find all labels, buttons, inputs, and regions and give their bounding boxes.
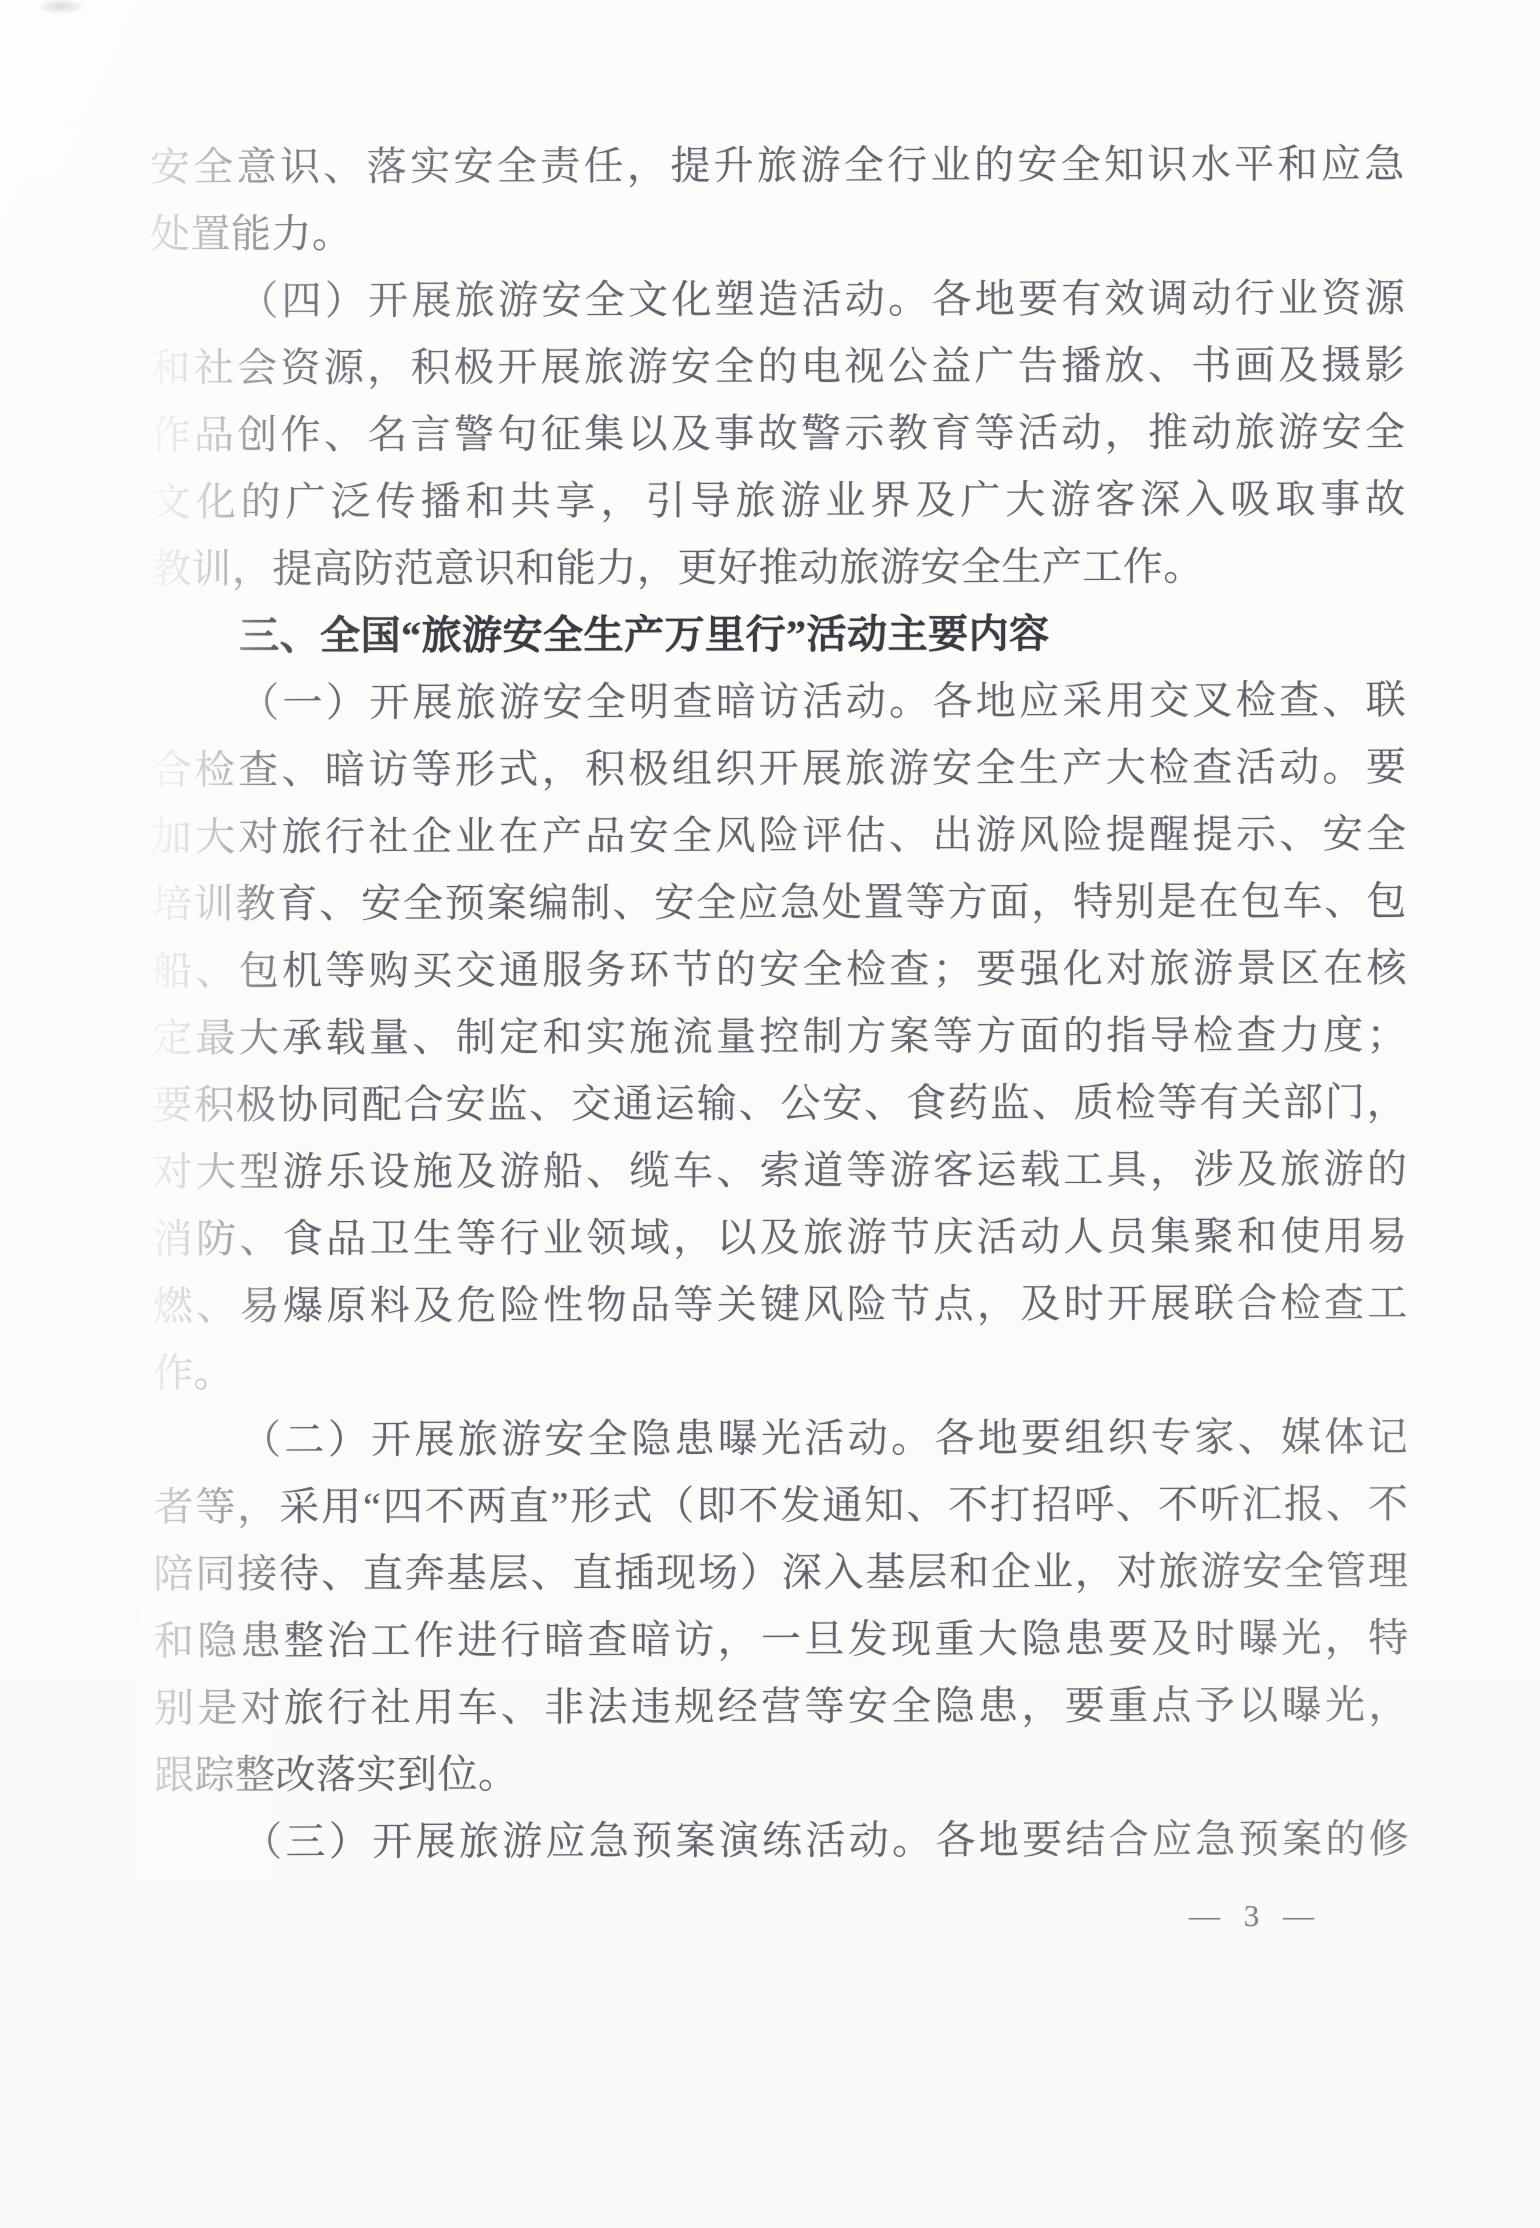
scan-smudge-artifact bbox=[40, 0, 82, 13]
text-line: 合检查、暗访等形式，积极组织开展旅游安全生产大检查活动。要 bbox=[151, 733, 1406, 803]
text-line: 者等，采用“四不两直”形式（即不发通知、不打招呼、不听汇报、不 bbox=[153, 1470, 1408, 1540]
section-heading: 三、全国“旅游安全生产万里行”活动主要内容 bbox=[151, 599, 1406, 669]
page-number: — 3 — bbox=[1189, 1898, 1322, 1934]
text-line: 加大对旅行社企业在产品安全风险评估、出游风险提醒提示、安全 bbox=[151, 800, 1406, 870]
text-line: 培训教育、安全预案编制、安全应急处置等方面，特别是在包车、包 bbox=[152, 867, 1407, 937]
text-line: 船、包机等购买交通服务环节的安全检查；要强化对旅游景区在核 bbox=[152, 934, 1407, 1004]
text-line: 要积极协同配合安监、交通运输、公安、食药监、质检等有关部门， bbox=[152, 1068, 1407, 1138]
document-body: 安全意识、落实安全责任，提升旅游全行业的安全知识水平和应急处置能力。（四）开展旅… bbox=[150, 130, 1410, 1875]
text-line: 教训，提高防范意识和能力，更好推动旅游安全生产工作。 bbox=[151, 532, 1406, 602]
text-line: 安全意识、落实安全责任，提升旅游全行业的安全知识水平和应急 bbox=[150, 130, 1405, 200]
text-line: 消防、食品卫生等行业领域，以及旅游节庆活动人员集聚和使用易 bbox=[153, 1202, 1408, 1272]
text-line: 和隐患整治工作进行暗查暗访，一旦发现重大隐患要及时曝光，特 bbox=[154, 1604, 1409, 1674]
text-line: 作。 bbox=[153, 1336, 1408, 1406]
text-line: 陪同接待、直奔基层、直插现场）深入基层和企业，对旅游安全管理 bbox=[153, 1537, 1408, 1607]
text-line: （二）开展旅游安全隐患曝光活动。各地要组织专家、媒体记 bbox=[153, 1403, 1408, 1473]
text-line: 文化的广泛传播和共享，引导旅游业界及广大游客深入吸取事故 bbox=[151, 465, 1406, 535]
text-line: 跟踪整改落实到位。 bbox=[154, 1738, 1409, 1808]
text-line: 定最大承载量、制定和实施流量控制方案等方面的指导检查力度； bbox=[152, 1001, 1407, 1071]
text-line: 对大型游乐设施及游船、缆车、索道等游客运载工具，涉及旅游的 bbox=[152, 1135, 1407, 1205]
document-page: 安全意识、落实安全责任，提升旅游全行业的安全知识水平和应急处置能力。（四）开展旅… bbox=[0, 0, 1540, 2228]
text-line: （三）开展旅游应急预案演练活动。各地要结合应急预案的修 bbox=[154, 1805, 1409, 1875]
text-line: （一）开展旅游安全明查暗访活动。各地应采用交叉检查、联 bbox=[151, 666, 1406, 736]
text-line: 作品创作、名言警句征集以及事故警示教育等活动，推动旅游安全 bbox=[150, 398, 1405, 468]
text-line: 处置能力。 bbox=[150, 197, 1405, 267]
text-line: （四）开展旅游安全文化塑造活动。各地要有效调动行业资源 bbox=[150, 264, 1405, 334]
text-line: 和社会资源，积极开展旅游安全的电视公益广告播放、书画及摄影 bbox=[150, 331, 1405, 401]
text-line: 燃、易爆原料及危险性物品等关键风险节点，及时开展联合检查工 bbox=[153, 1269, 1408, 1339]
text-line: 别是对旅行社用车、非法违规经营等安全隐患，要重点予以曝光， bbox=[154, 1671, 1409, 1741]
